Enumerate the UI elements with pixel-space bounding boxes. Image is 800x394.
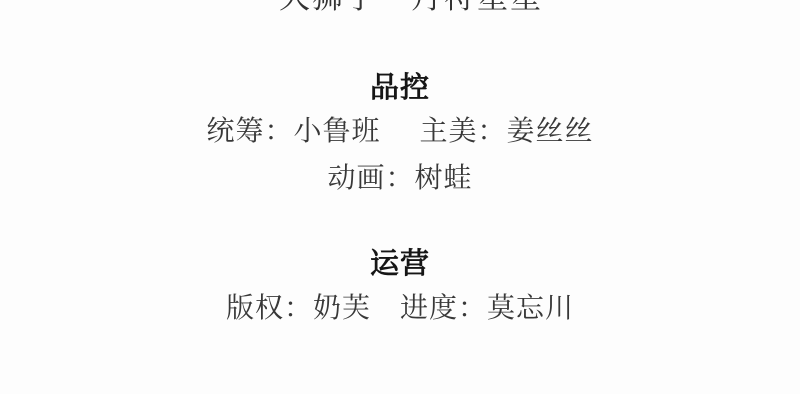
credit-line-coordinator-chief-artist: 统筹：小鲁班 主美：姜丝丝 (0, 117, 800, 145)
section-heading-operations: 运营 (0, 249, 800, 278)
credit-line-animation: 动画：树蛙 (0, 164, 800, 192)
comic-credits-page: 大狮子 月符星星 品控 统筹：小鲁班 主美：姜丝丝 动画：树蛙 运营 版权：奶芙… (0, 0, 800, 394)
section-heading-quality-control: 品控 (0, 73, 800, 102)
credit-line-copyright-progress: 版权：奶芙 进度：莫忘川 (0, 294, 800, 322)
credits-partial-line-artists: 大狮子 月符星星 (0, 0, 800, 14)
